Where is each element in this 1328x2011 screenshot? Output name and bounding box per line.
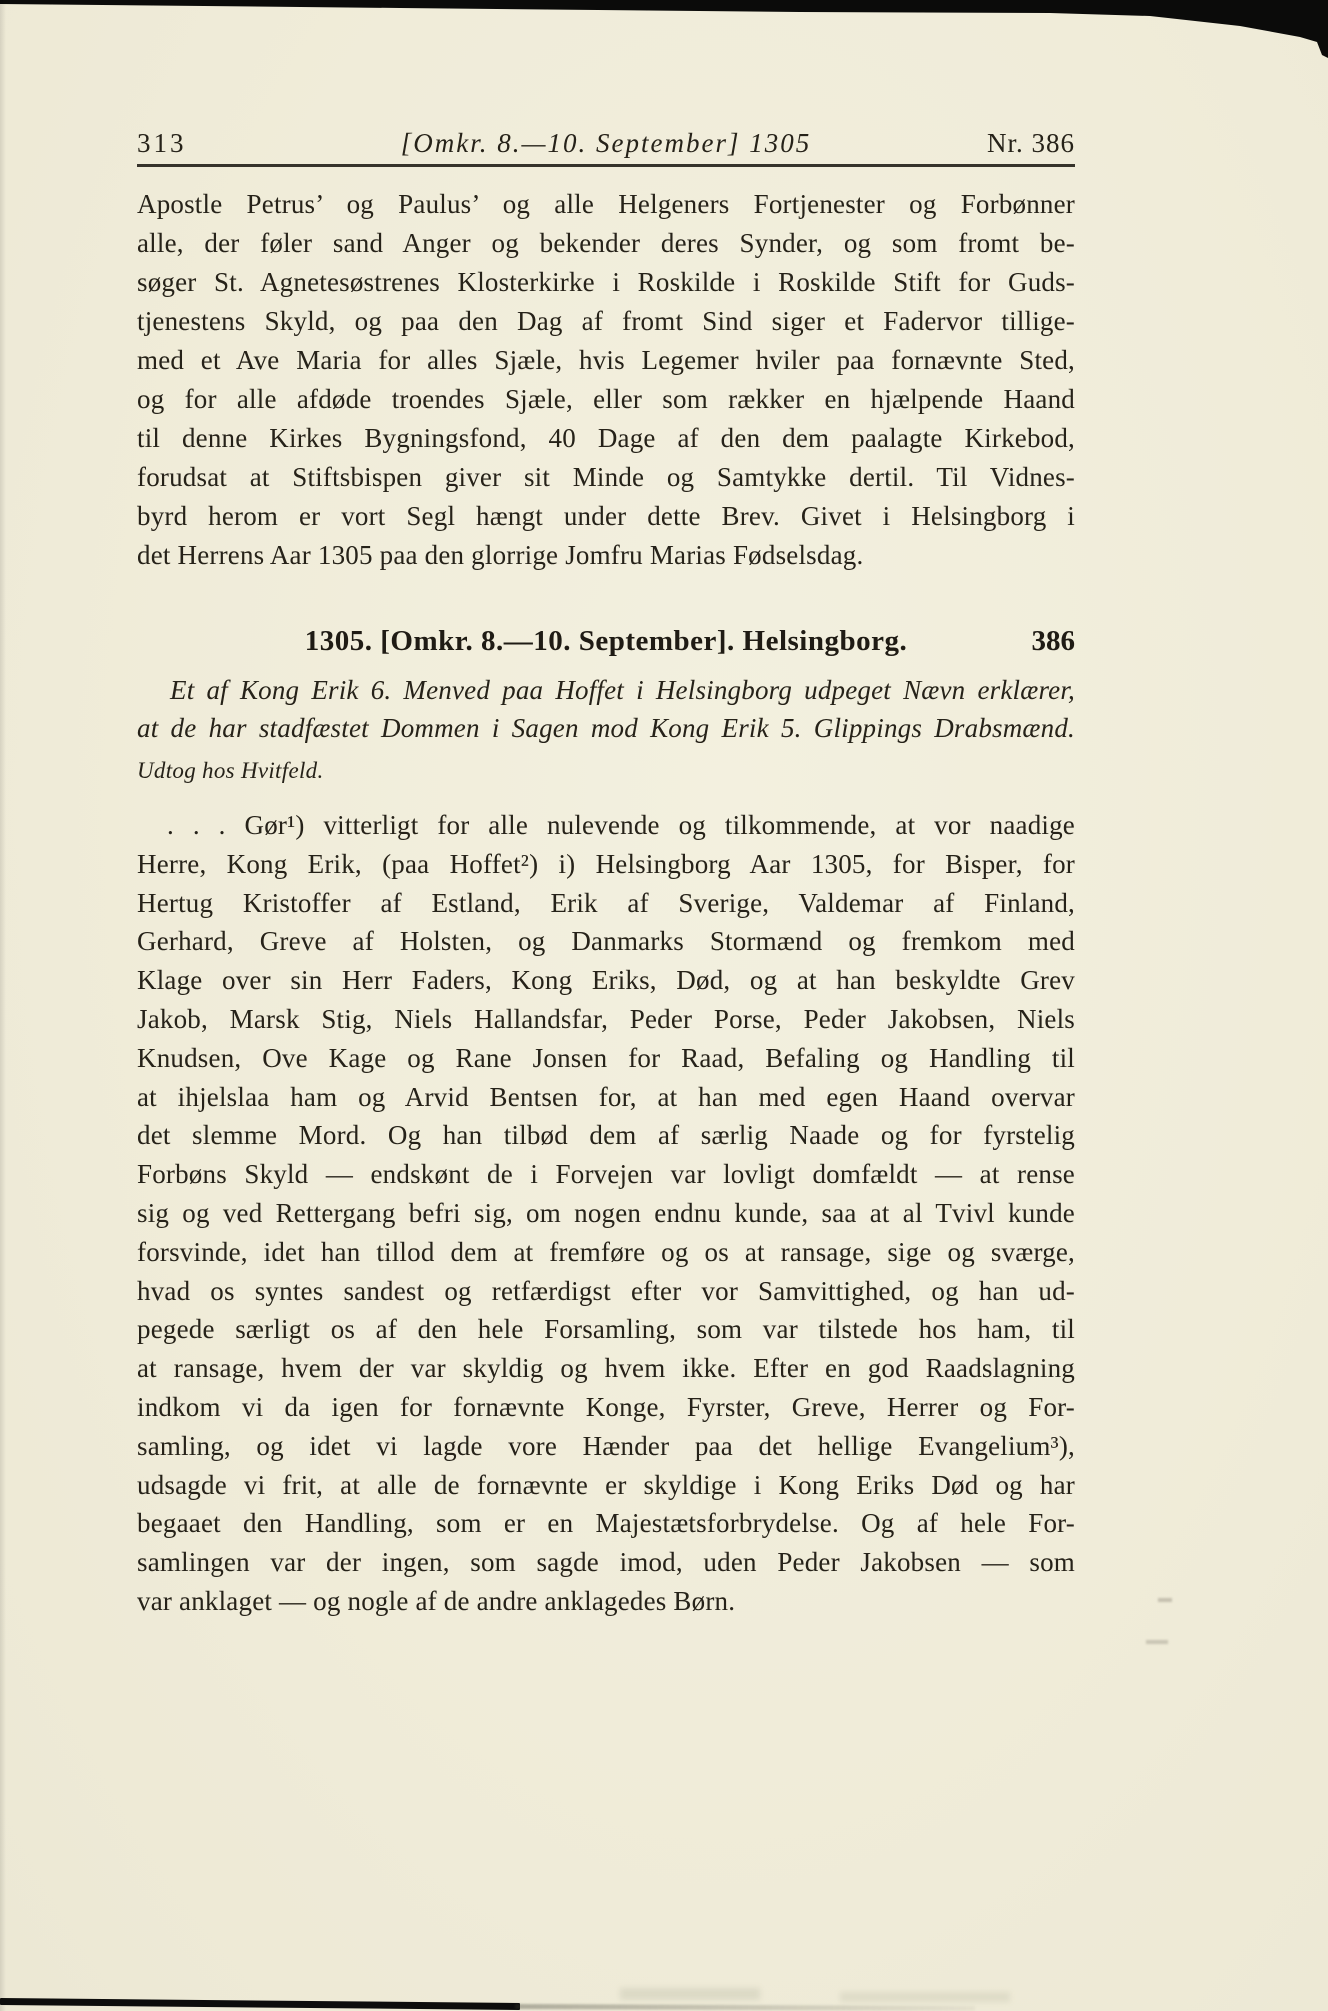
text-line: med et Ave Maria for alles Sjæle, hvis L… bbox=[137, 341, 1075, 380]
entry-heading-row: 1305. [Omkr. 8.—10. September]. Helsingb… bbox=[137, 625, 1075, 665]
scan-edge-bottom-left bbox=[0, 1998, 520, 2010]
text-line: søger St. Agnetesøstrenes Klosterkirke i… bbox=[137, 263, 1075, 302]
scan-speck bbox=[1158, 1598, 1172, 1602]
text-line: hvad os syntes sandest og retfærdigst ef… bbox=[137, 1272, 1075, 1311]
scan-speck bbox=[1146, 1640, 1168, 1644]
text-line: udsagde vi frit, at alle de fornævnte er… bbox=[137, 1466, 1075, 1505]
text-line: indkom vi da igen for fornævnte Konge, F… bbox=[137, 1388, 1075, 1427]
text-line: det Herrens Aar 1305 paa den glorrige Jo… bbox=[137, 536, 1075, 575]
text-line: byrd herom er vort Segl hængt under dett… bbox=[137, 497, 1075, 536]
document-number: Nr. 386 bbox=[987, 128, 1075, 159]
charter-text-block: Apostle Petrus’ og Paulus’ og alle Helge… bbox=[137, 185, 1075, 575]
text-line: til denne Kirkes Bygningsfond, 40 Dage a… bbox=[137, 419, 1075, 458]
text-line: Jakob, Marsk Stig, Niels Hallandsfar, Pe… bbox=[137, 1000, 1075, 1039]
page-header: 313 [Omkr. 8.—10. September] 1305 Nr. 38… bbox=[137, 128, 1075, 164]
text-line: forudsat at Stiftsbispen giver sit Minde… bbox=[137, 458, 1075, 497]
text-line: Forbøns Skyld — endskønt de i Forvejen v… bbox=[137, 1155, 1075, 1194]
text-line: sig og ved Rettergang befri sig, om noge… bbox=[137, 1194, 1075, 1233]
text-line: at ihjelslaa ham og Arvid Bentsen for, a… bbox=[137, 1078, 1075, 1117]
source-note: Udtog hos Hvitfeld. bbox=[137, 758, 324, 784]
text-line: samlingen var der ingen, som sagde imod,… bbox=[137, 1543, 1075, 1582]
entry-summary: Et af Kong Erik 6. Menved paa Hoffet i H… bbox=[137, 671, 1075, 747]
text-line: Knudsen, Ove Kage og Rane Jonsen for Raa… bbox=[137, 1039, 1075, 1078]
text-line: begaaet den Handling, som er en Majestæt… bbox=[137, 1504, 1075, 1543]
text-line: var anklaget — og nogle af de andre ankl… bbox=[137, 1582, 1075, 1621]
text-line: Hertug Kristoffer af Estland, Erik af Sv… bbox=[137, 884, 1075, 923]
page-number: 313 bbox=[137, 128, 187, 159]
scan-smudge bbox=[840, 1992, 1010, 2002]
text-line: pegede særligt os af den hele Forsamling… bbox=[137, 1310, 1075, 1349]
scanned-book-page: 313 [Omkr. 8.—10. September] 1305 Nr. 38… bbox=[0, 0, 1328, 2011]
scan-edge-bottom-faint bbox=[515, 2004, 975, 2011]
text-line: Gerhard, Greve af Holsten, og Danmarks S… bbox=[137, 922, 1075, 961]
running-title: [Omkr. 8.—10. September] 1305 bbox=[401, 128, 811, 159]
text-line: det slemme Mord. Og han tilbød dem af sæ… bbox=[137, 1116, 1075, 1155]
text-line: Klage over sin Herr Faders, Kong Eriks, … bbox=[137, 961, 1075, 1000]
text-line: . . . Gør¹) vitterligt for alle nulevend… bbox=[137, 806, 1075, 845]
text-line: tjenestens Skyld, og paa den Dag af from… bbox=[137, 302, 1075, 341]
scan-edge-top bbox=[0, 0, 1328, 80]
text-line: og for alle afdøde troendes Sjæle, eller… bbox=[137, 380, 1075, 419]
summary-line: at de har stadfæstet Dommen i Sagen mod … bbox=[137, 709, 1075, 747]
text-line: Herre, Kong Erik, (paa Hoffet²) i) Helsi… bbox=[137, 845, 1075, 884]
text-line: Apostle Petrus’ og Paulus’ og alle Helge… bbox=[137, 185, 1075, 224]
summary-line: Et af Kong Erik 6. Menved paa Hoffet i H… bbox=[137, 671, 1075, 709]
text-line: at ransage, hvem der var skyldig og hvem… bbox=[137, 1349, 1075, 1388]
verdict-text-block: . . . Gør¹) vitterligt for alle nulevend… bbox=[137, 806, 1075, 1621]
scan-smudge bbox=[620, 1988, 760, 2000]
entry-number: 386 bbox=[1032, 625, 1076, 658]
page-left-edge-shadow bbox=[0, 0, 6, 2011]
text-line: alle, der føler sand Anger og bekender d… bbox=[137, 224, 1075, 263]
text-line: samling, og idet vi lagde vore Hænder pa… bbox=[137, 1427, 1075, 1466]
entry-date-heading: 1305. [Omkr. 8.—10. September]. Helsingb… bbox=[137, 625, 1075, 658]
text-line: forsvinde, idet han tillod dem at fremfø… bbox=[137, 1233, 1075, 1272]
header-rule bbox=[137, 164, 1075, 167]
